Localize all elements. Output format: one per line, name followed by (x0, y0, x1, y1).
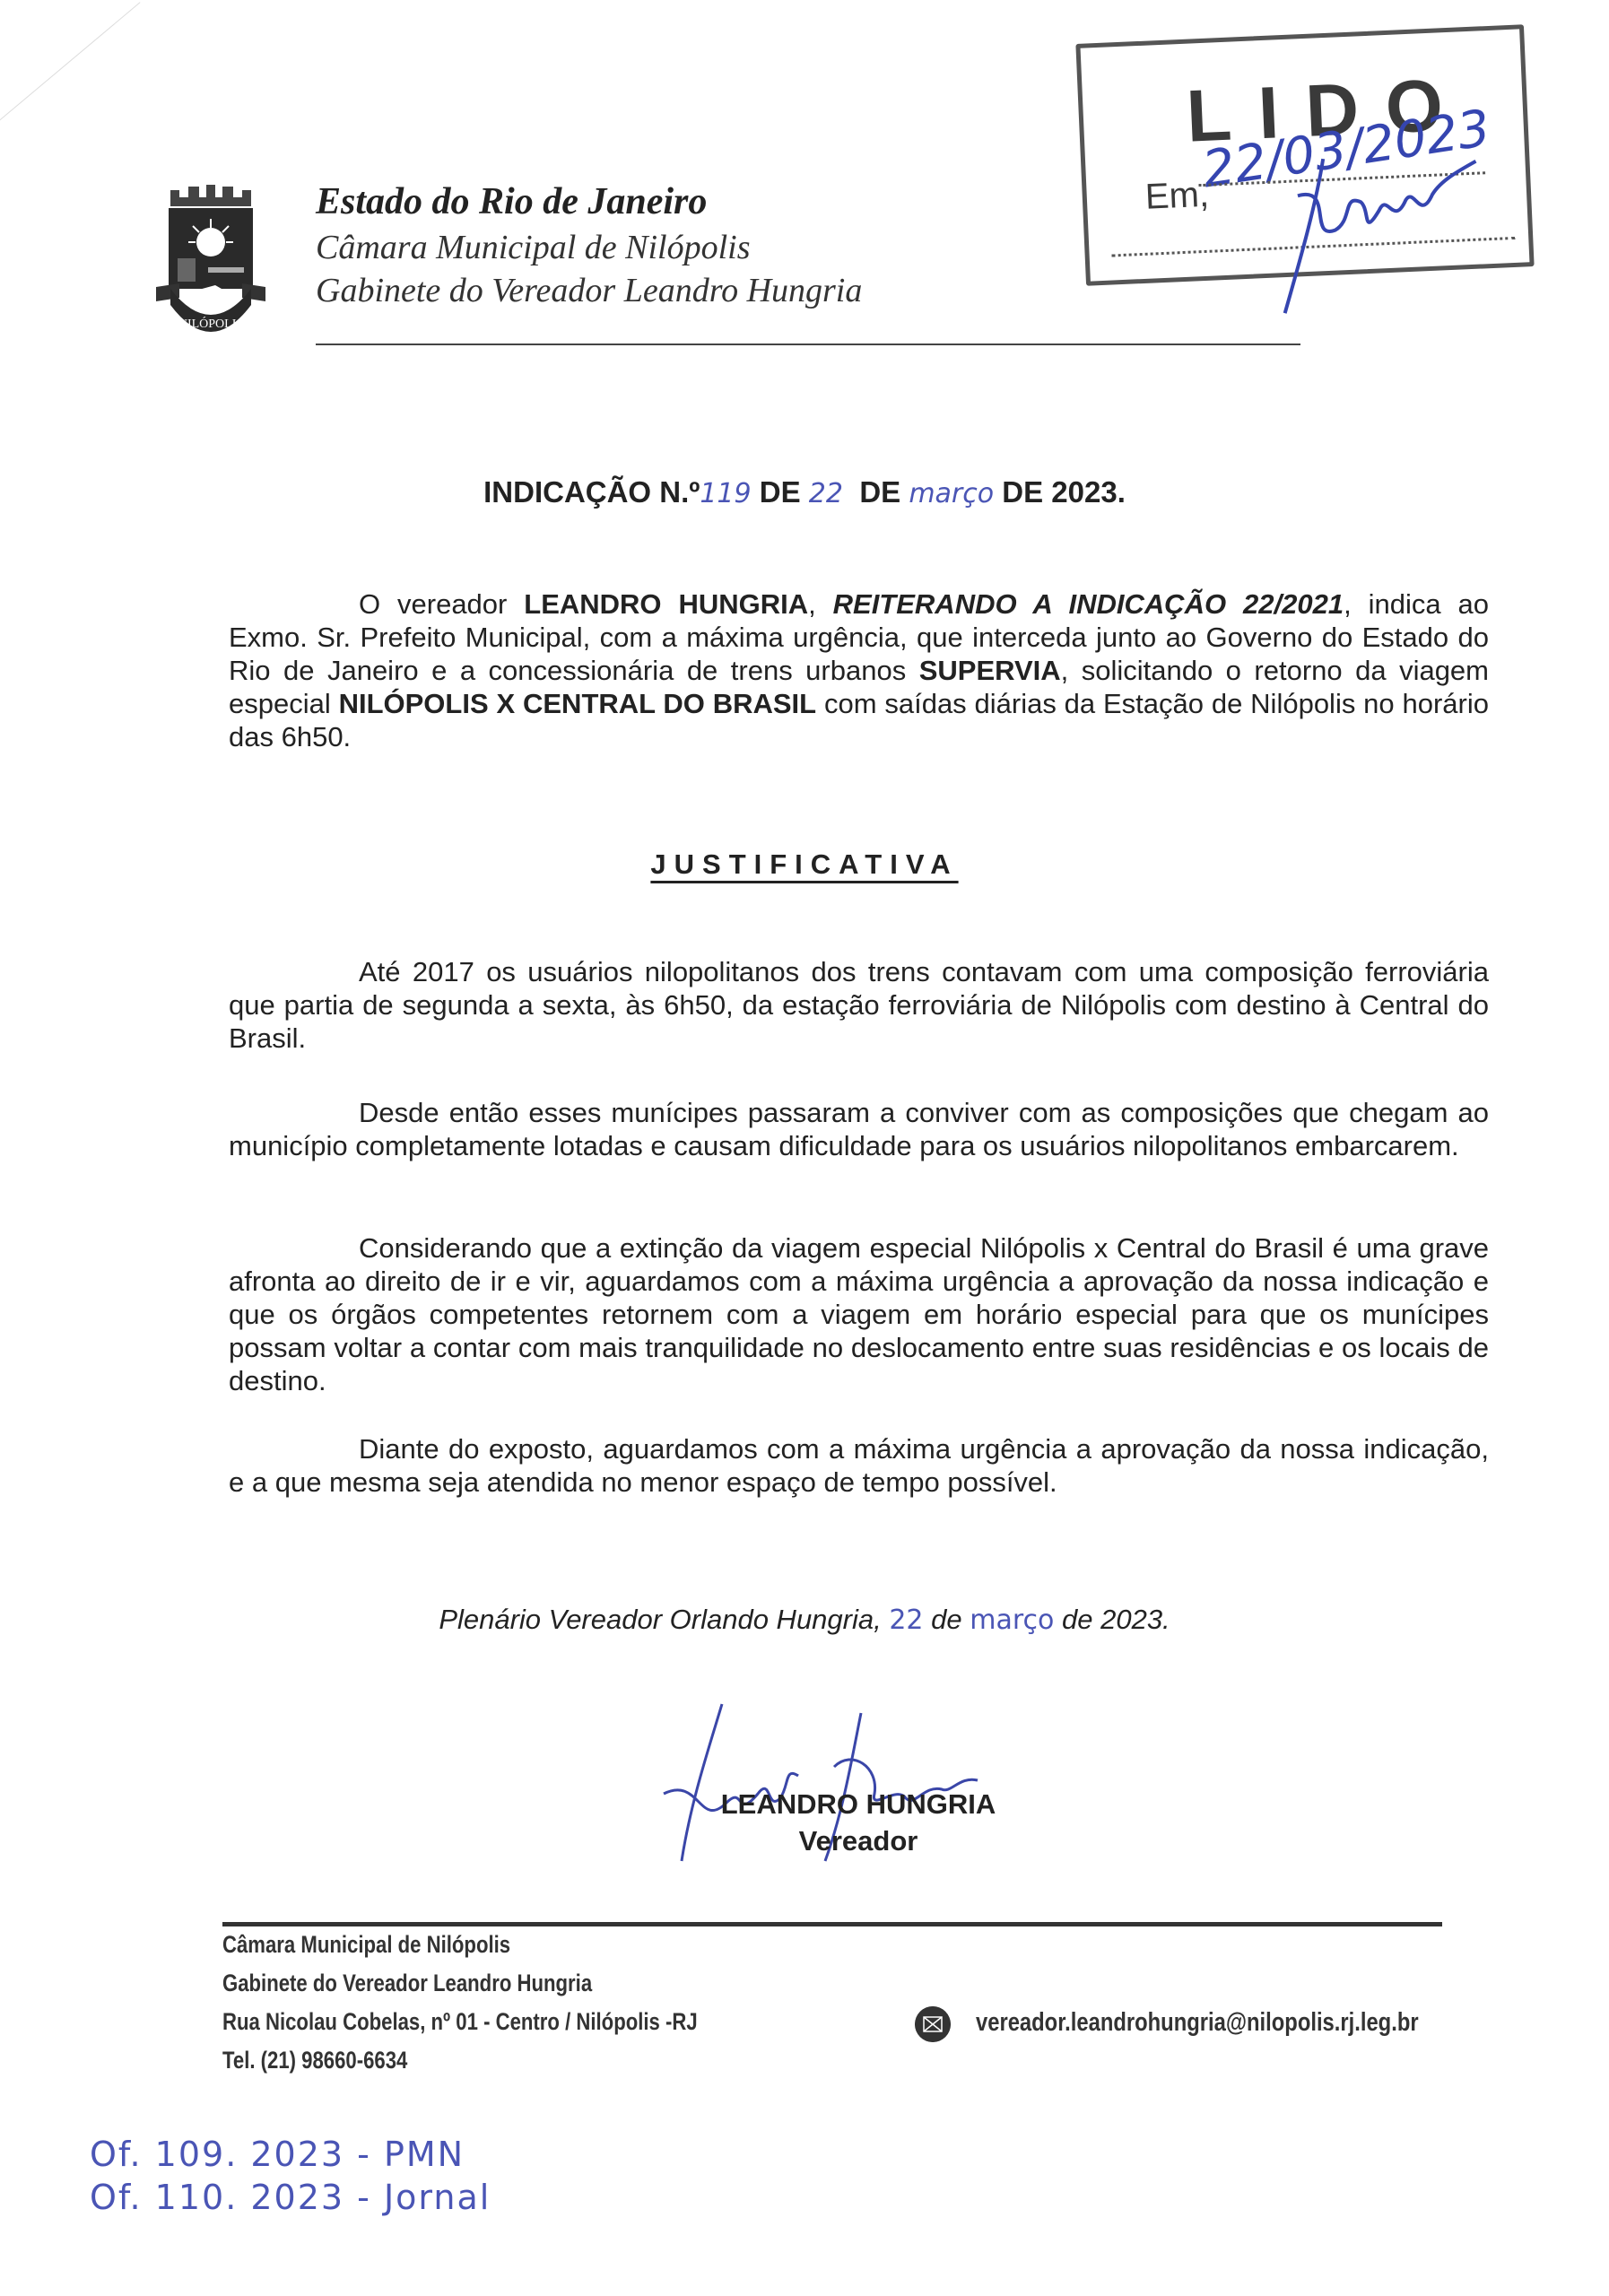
signatory-name: LEANDRO HUNGRIA (0, 1788, 1609, 1821)
handwritten-note: Of. 110. 2023 - Jornal (90, 2178, 491, 2217)
municipal-crest-icon: NILÓPOLIS (152, 179, 269, 341)
received-stamp: LIDO Em, 22/03/2023 (1075, 24, 1534, 286)
footer-divider (222, 1922, 1442, 1926)
footer-org: Câmara Municipal de Nilópolis (222, 1931, 510, 1959)
closing-place-date: Plenário Vereador Orlando Hungria, 22 de… (0, 1604, 1609, 1636)
envelope-icon (915, 2006, 951, 2042)
header-divider (316, 344, 1300, 345)
handwritten-note: Of. 109. 2023 - PMN (90, 2135, 465, 2174)
footer-office: Gabinete do Vereador Leandro Hungria (222, 1970, 592, 1997)
justification-paragraph: Diante do exposto, aguardamos com a máxi… (229, 1432, 1489, 1499)
stamp-date-prefix: Em, (1144, 175, 1210, 218)
closing-day: 22 (889, 1605, 923, 1636)
section-heading-justificativa: JUSTIFICATIVA (0, 848, 1609, 881)
intro-paragraph: O vereador LEANDRO HUNGRIA, REITERANDO A… (229, 587, 1489, 753)
justification-paragraph: Considerando que a extinção da viagem es… (229, 1231, 1489, 1397)
company-name: SUPERVIA (919, 655, 1061, 686)
footer-email[interactable]: vereador.leandrohungria@nilopolis.rj.leg… (976, 2008, 1419, 2038)
reiteration-reference: REITERANDO A INDICAÇÃO 22/2021 (833, 588, 1344, 620)
stamp-signature-icon (1223, 134, 1500, 325)
justification-paragraph: Até 2017 os usuários nilopolitanos dos t… (229, 955, 1489, 1055)
footer-address: Rua Nicolau Cobelas, nº 01 - Centro / Ni… (222, 2008, 698, 2036)
councilor-name: LEANDRO HUNGRIA (524, 588, 808, 620)
scan-fold-line (0, 2, 141, 135)
letterhead: Estado do Rio de Janeiro Câmara Municipa… (316, 178, 862, 312)
letterhead-state: Estado do Rio de Janeiro (316, 178, 862, 226)
title-month: março (909, 478, 994, 509)
signatory-role: Vereador (0, 1825, 1609, 1857)
letterhead-office: Gabinete do Vereador Leandro Hungria (316, 269, 862, 312)
indicacao-number: 119 (700, 478, 751, 509)
letterhead-chamber: Câmara Municipal de Nilópolis (316, 226, 862, 269)
title-day: 22 (809, 478, 843, 509)
closing-month: março (970, 1605, 1054, 1636)
footer-phone: Tel. (21) 98660-6634 (222, 2047, 407, 2074)
document-title: INDICAÇÃO N.º119 DE 22 DE março DE 2023. (0, 475, 1609, 509)
svg-text:NILÓPOLIS: NILÓPOLIS (178, 316, 243, 331)
justification-paragraph: Desde então esses munícipes passaram a c… (229, 1096, 1489, 1162)
route-name: NILÓPOLIS X CENTRAL DO BRASIL (339, 688, 817, 719)
